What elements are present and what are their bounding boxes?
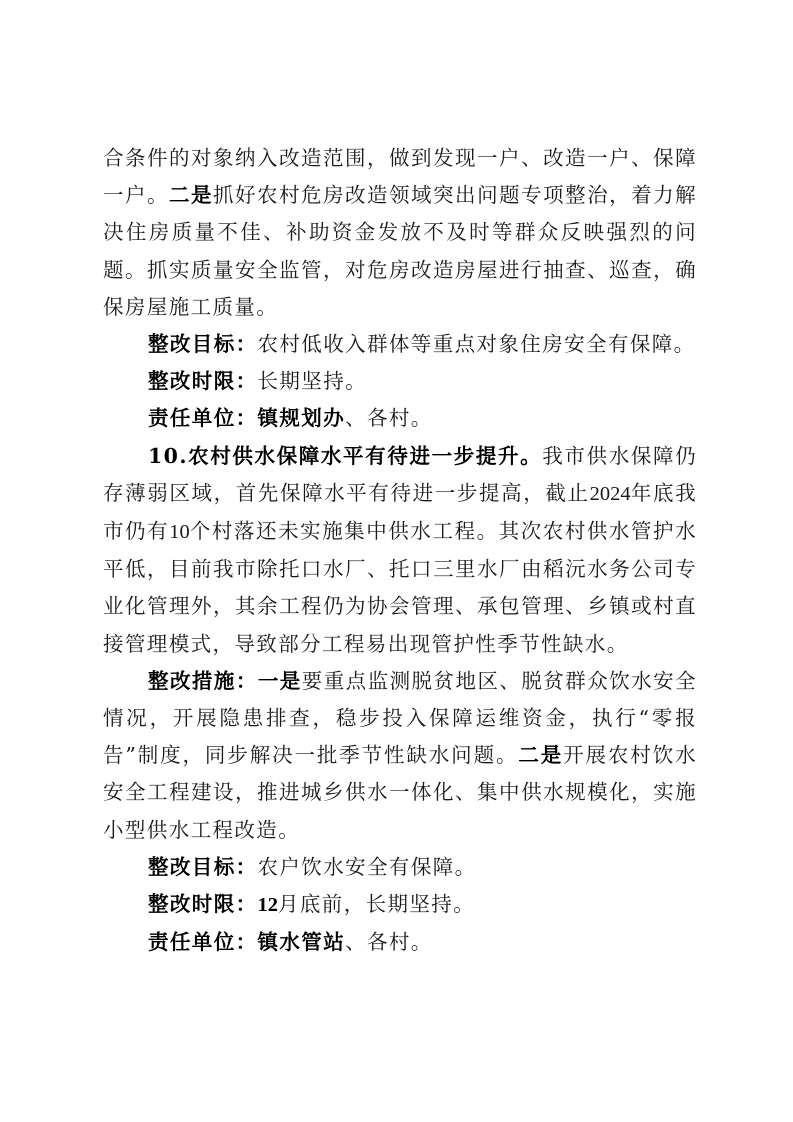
- responsible-unit-primary: 镇水管站: [258, 930, 346, 954]
- field-label: 整改措施：: [148, 669, 258, 693]
- field-label: 整改时限：: [148, 369, 258, 393]
- field-label: 责任单位：: [148, 930, 258, 954]
- field-label: 整改目标：: [148, 855, 258, 879]
- field-value: 农村低收入群体等重点对象住房安全有保障。: [258, 332, 696, 356]
- point-marker-first: 一是: [258, 669, 302, 693]
- field-label: 责任单位：: [148, 406, 258, 430]
- responsible-unit-housing: 责任单位：镇规划办、各村。: [103, 400, 697, 437]
- rectification-goal-water: 整改目标：农户饮水安全有保障。: [103, 849, 697, 886]
- point-marker-second: 二是: [518, 743, 563, 767]
- responsible-unit-primary: 镇规划办: [258, 406, 346, 430]
- rectification-measures-water: 整改措施：一是要重点监测脱贫地区、脱贫群众饮水安全情况，开展隐患排查，稳步投入保…: [103, 663, 697, 849]
- deadline-month: 12: [258, 894, 279, 916]
- field-value: 月底前，长期坚持。: [278, 892, 475, 916]
- field-label: 整改目标：: [148, 332, 258, 356]
- field-value: 农户饮水安全有保障。: [258, 855, 477, 879]
- year-value: 2024: [590, 483, 631, 505]
- responsible-unit-water: 责任单位：镇水管站、各村。: [103, 924, 697, 961]
- rectification-deadline-water: 整改时限：12月底前，长期坚持。: [103, 886, 697, 924]
- field-value: 长期坚持。: [258, 369, 368, 393]
- rectification-goal-housing: 整改目标：农村低收入群体等重点对象住房安全有保障。: [103, 326, 697, 363]
- field-label: 整改时限：: [148, 892, 258, 916]
- section-10-water-supply: 10.农村供水保障水平有待进一步提升。我市供水保障仍存薄弱区域，首先保障水平有待…: [103, 438, 697, 663]
- field-value: 、各村。: [345, 406, 433, 430]
- rectification-deadline-housing: 整改时限：长期坚持。: [103, 363, 697, 400]
- paragraph-housing-renovation: 合条件的对象纳入改造范围，做到发现一户、改造一户、保障一户。二是抓好农村危房改造…: [103, 140, 697, 326]
- village-count: 10: [169, 521, 190, 543]
- field-value: 、各村。: [345, 930, 433, 954]
- point-marker-second: 二是: [169, 183, 213, 207]
- section-heading: 10.农村供水保障水平有待进一步提升。: [148, 444, 542, 468]
- paragraph-text: 个村落还未实施集中供水工程。其次农村供水管护水平低，目前我市除托口水厂、托口三里…: [103, 519, 697, 656]
- document-page: 合条件的对象纳入改造范围，做到发现一户、改造一户、保障一户。二是抓好农村危房改造…: [103, 140, 697, 961]
